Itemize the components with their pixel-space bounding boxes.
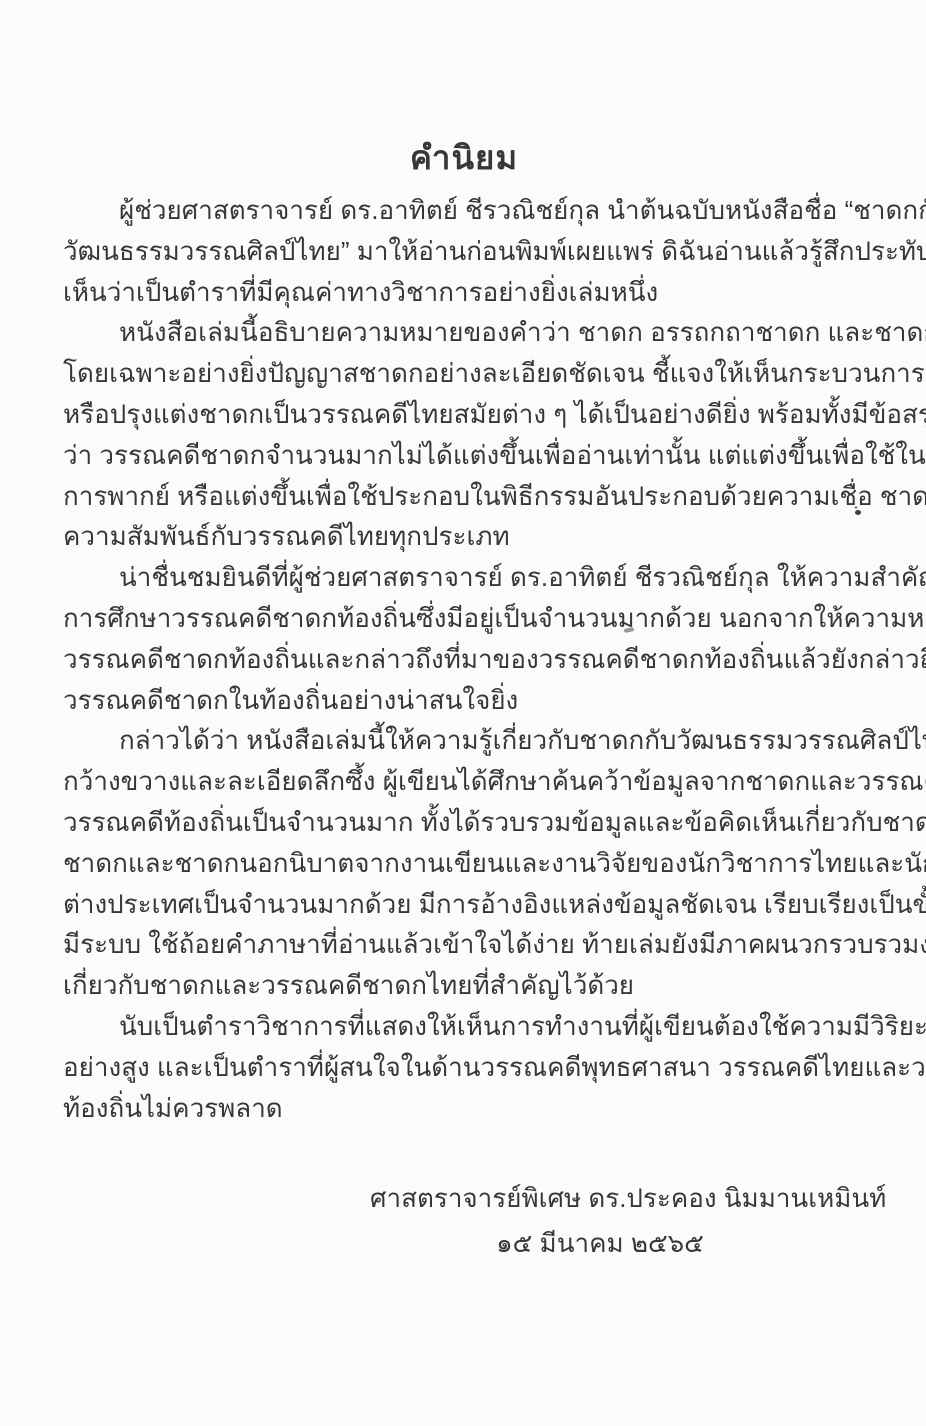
text-line: การพากย์ หรือแต่งขึ้นเพื่อใช้ประกอบในพิธ… <box>63 476 865 517</box>
text-line: อย่างสูง และเป็นตำราที่ผู้สนใจในด้านวรรณ… <box>63 1047 865 1088</box>
text-line: วัฒนธรรมวรรณศิลป์ไทย” มาให้อ่านก่อนพิมพ์… <box>63 231 865 272</box>
text-line: วรรณคดีชาดกท้องถิ่นและกล่าวถึงที่มาของวร… <box>63 639 865 680</box>
text-line: หนังสือเล่มนี้อธิบายความหมายของคำว่า ชาด… <box>63 312 865 353</box>
text-line: กว้างขวางและละเอียดลึกซึ้ง ผู้เขียนได้ศึ… <box>63 761 865 802</box>
text-line: การศึกษาวรรณคดีชาดกท้องถิ่นซึ่งมีอยู่เป็… <box>63 598 865 639</box>
text-line: หรือปรุงแต่งชาดกเป็นวรรณคดีไทยสมัยต่าง ๆ… <box>63 394 865 435</box>
text-line: เกี่ยวกับชาดกและวรรณคดีชาดกไทยที่สำคัญไว… <box>63 965 865 1006</box>
signature-name: ศาสตราจารย์พิเศษ ดร.ประคอง นิมมานเหมินท์ <box>370 1176 830 1221</box>
text-line: ความสัมพันธ์กับวรรณคดีไทยทุกประเภท <box>63 516 865 557</box>
signature-date: ๑๕ มีนาคม ๒๕๖๕ <box>370 1221 830 1266</box>
signature-block: ศาสตราจารย์พิเศษ ดร.ประคอง นิมมานเหมินท์… <box>370 1176 830 1266</box>
text-line: น่าชื่นชมยินดีที่ผู้ช่วยศาสตราจารย์ ดร.อ… <box>63 557 865 598</box>
text-line: วรรณคดีท้องถิ่นเป็นจำนวนมาก ทั้งได้รวบรว… <box>63 802 865 843</box>
paragraph: กล่าวได้ว่า หนังสือเล่มนี้ให้ความรู้เกี่… <box>63 720 865 1006</box>
text-line: กล่าวได้ว่า หนังสือเล่มนี้ให้ความรู้เกี่… <box>63 720 865 761</box>
text-line: ชาดกและชาดกนอกนิบาตจากงานเขียนและงานวิจั… <box>63 843 865 884</box>
text-line: เห็นว่าเป็นตำราที่มีคุณค่าทางวิชาการอย่า… <box>63 272 865 313</box>
scan-speck <box>855 510 861 515</box>
text-line: ผู้ช่วยศาสตราจารย์ ดร.อาทิตย์ ชีรวณิชย์ก… <box>63 190 865 231</box>
page-title: คำนิยม <box>63 134 865 182</box>
paragraph: นับเป็นตำราวิชาการที่แสดงให้เห็นการทำงาน… <box>63 1006 865 1128</box>
text-line: นับเป็นตำราวิชาการที่แสดงให้เห็นการทำงาน… <box>63 1006 865 1047</box>
paragraph: น่าชื่นชมยินดีที่ผู้ช่วยศาสตราจารย์ ดร.อ… <box>63 557 865 720</box>
text-line: โดยเฉพาะอย่างยิ่งปัญญาสชาดกอย่างละเอียดช… <box>63 353 865 394</box>
document-content: คำนิยม ผู้ช่วยศาสตราจารย์ ดร.อาทิตย์ ชีร… <box>63 134 865 1128</box>
text-line: วรรณคดีชาดกในท้องถิ่นอย่างน่าสนใจยิ่ง <box>63 680 865 721</box>
text-line: ว่า วรรณคดีชาดกจำนวนมากไม่ได้แต่งขึ้นเพื… <box>63 435 865 476</box>
paragraph: ผู้ช่วยศาสตราจารย์ ดร.อาทิตย์ ชีรวณิชย์ก… <box>63 190 865 312</box>
paragraph: หนังสือเล่มนี้อธิบายความหมายของคำว่า ชาด… <box>63 312 865 557</box>
text-line: ต่างประเทศเป็นจำนวนมากด้วย มีการอ้างอิงแ… <box>63 884 865 925</box>
scanned-document-page: คำนิยม ผู้ช่วยศาสตราจารย์ ดร.อาทิตย์ ชีร… <box>0 0 926 1426</box>
text-line: มีระบบ ใช้ถ้อยคำภาษาที่อ่านแล้วเข้าใจได้… <box>63 924 865 965</box>
text-line: ท้องถิ่นไม่ควรพลาด <box>63 1088 865 1129</box>
paragraphs-container: ผู้ช่วยศาสตราจารย์ ดร.อาทิตย์ ชีรวณิชย์ก… <box>63 190 865 1128</box>
